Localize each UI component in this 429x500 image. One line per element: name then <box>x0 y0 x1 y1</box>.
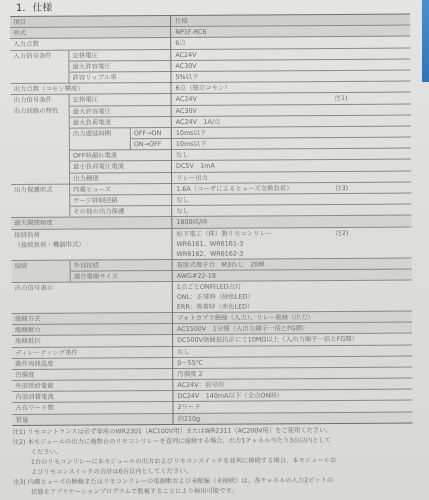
note-ref: 注1) <box>335 93 348 103</box>
spec-table: 項目 仕様 形式 NP1F-RC6 入力点数 6点 入力信号条件 定格電圧 AC… <box>10 14 412 426</box>
note-ref: 注3) <box>335 183 348 193</box>
table-row: 接続負荷（接続負荷・機器形式） 松下電工（株）製リモコンリレー注2) WR616… <box>11 227 411 260</box>
note-ref: 注2) <box>335 227 348 237</box>
spec-page: 1．仕様 項目 仕様 形式 NP1F-RC6 入力点数 6点 入力信号条件 定格… <box>10 0 425 498</box>
footnotes: 注1) リモコントランスは必ず専用のWR2301（AC100V用）またはWR23… <box>13 425 425 498</box>
blue-binder-edge <box>422 0 429 82</box>
table-row: 出力信号表示 1点ごとON時LED点灯 ONL：正常時（緑色LED） ERR：異… <box>12 280 412 313</box>
table-row: 質量 約210g <box>13 412 413 426</box>
